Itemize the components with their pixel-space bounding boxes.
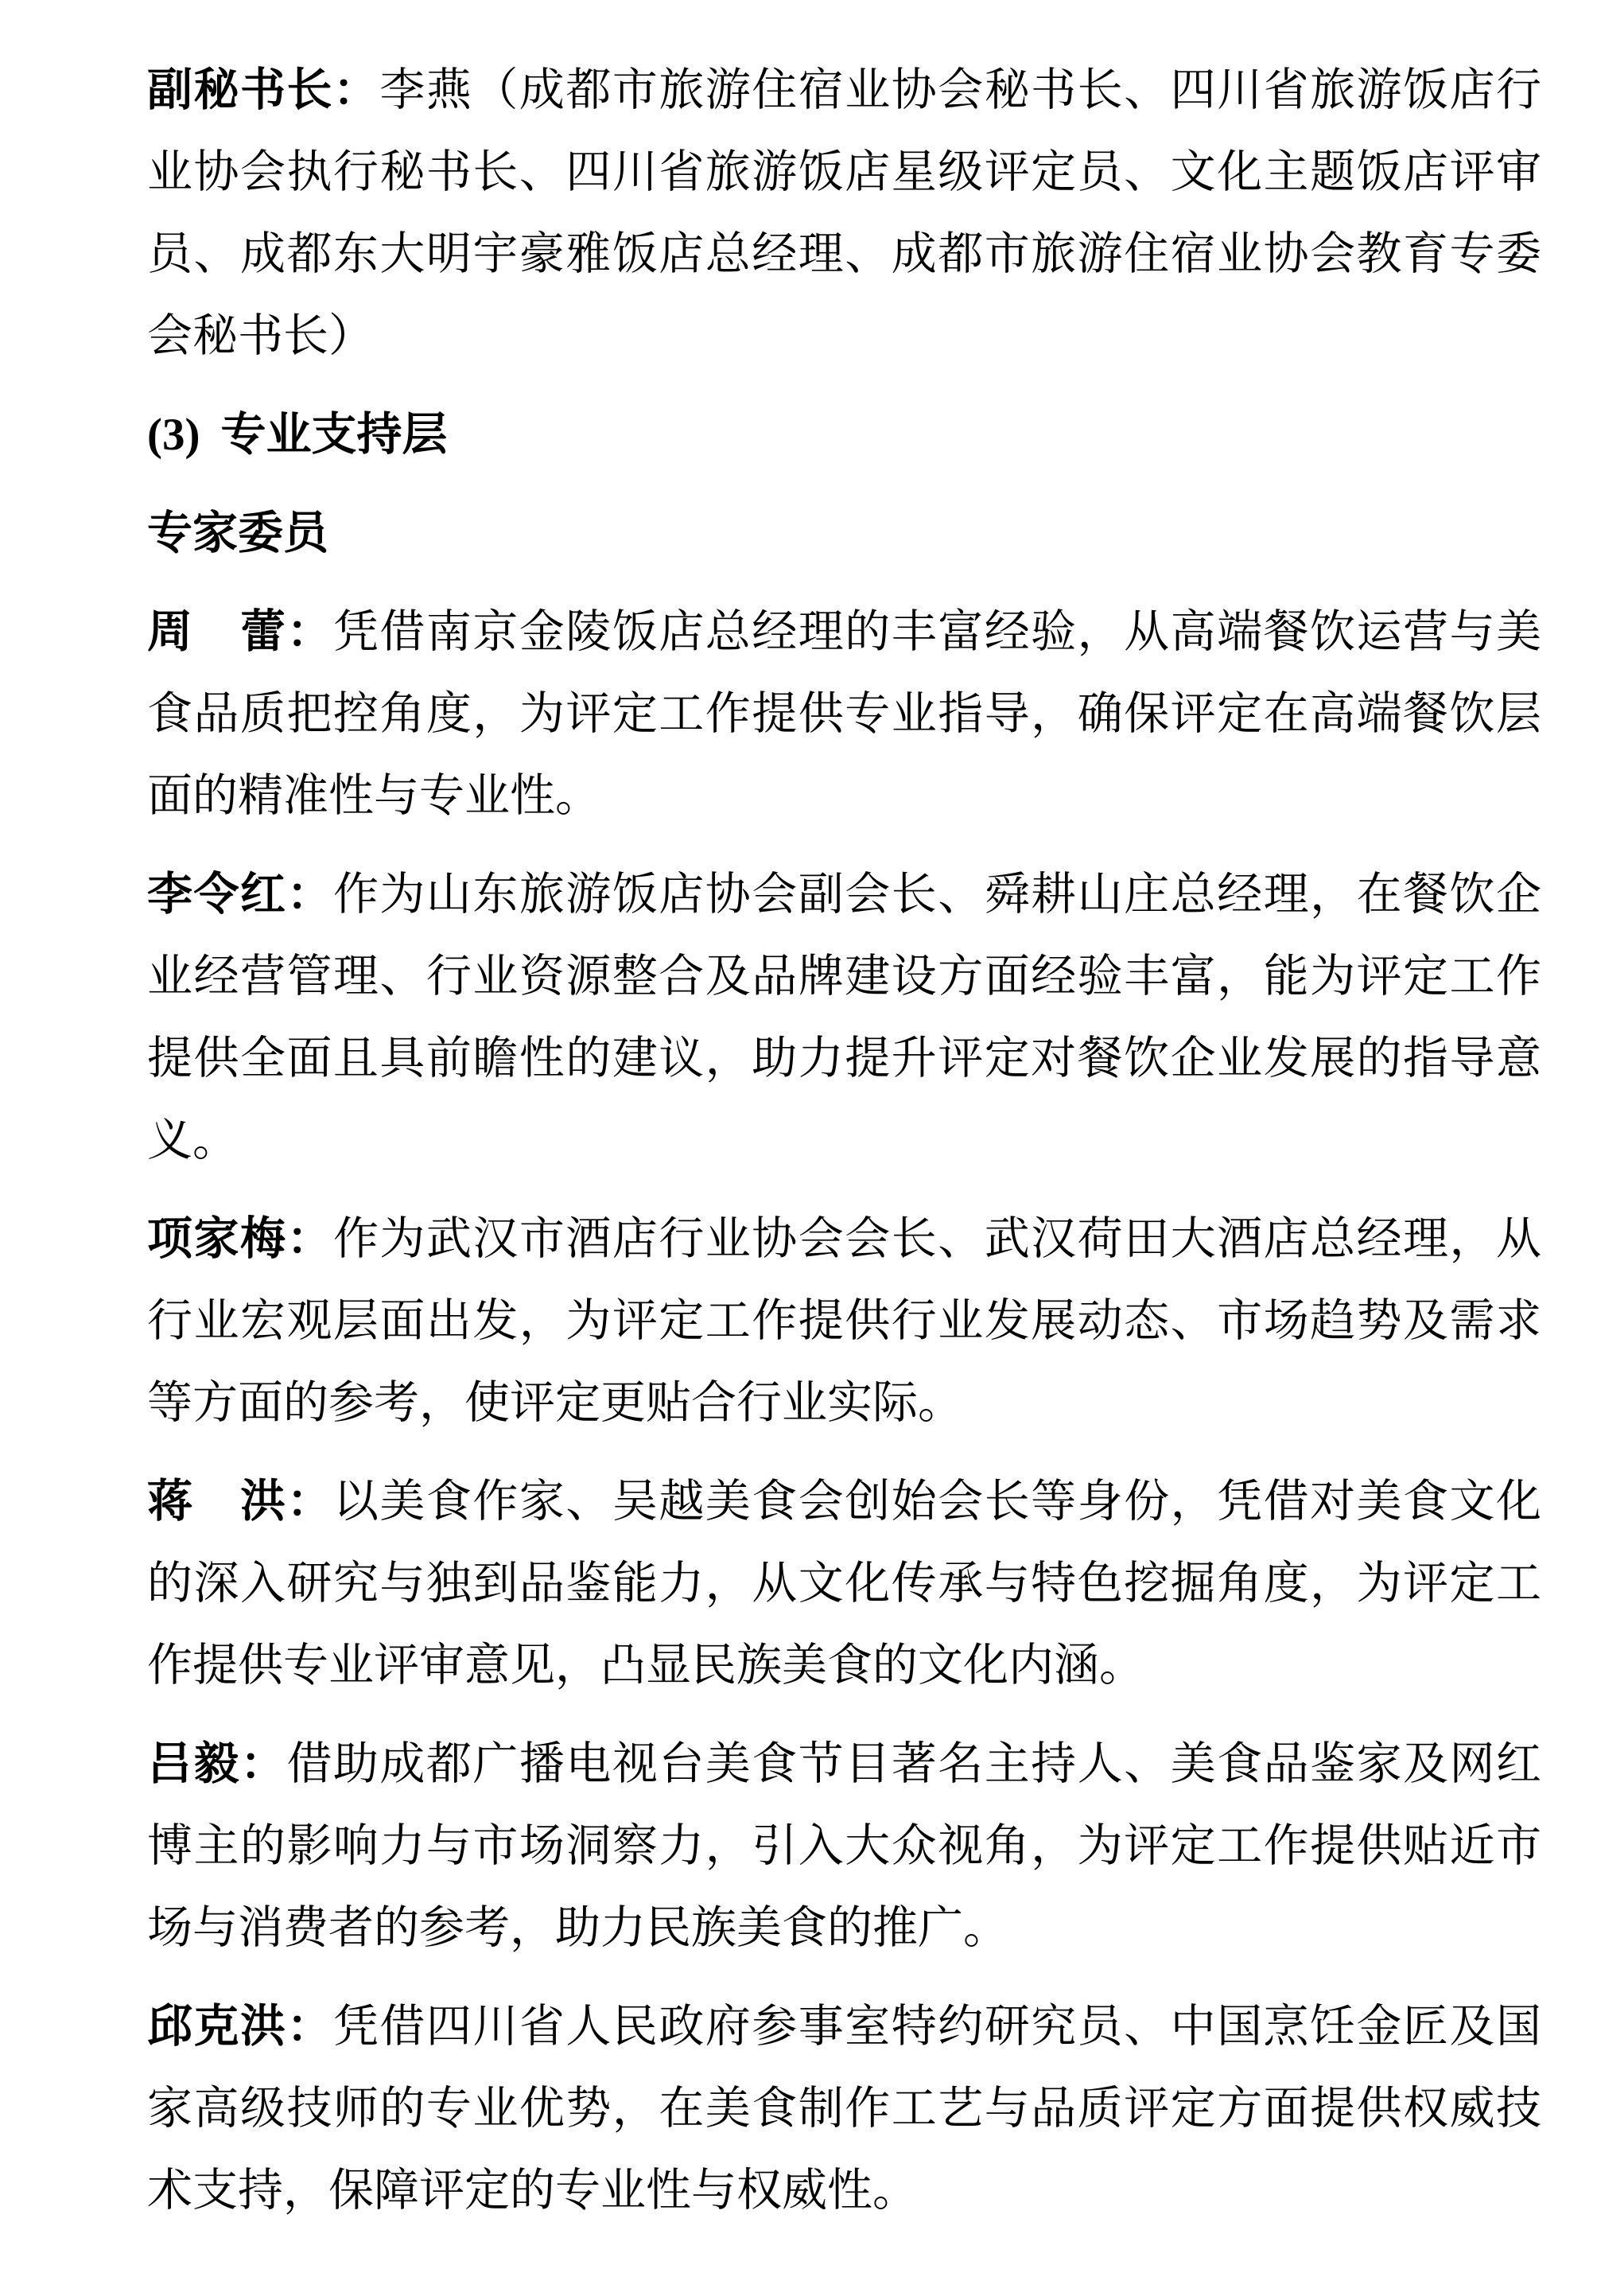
expert-text: 以美食作家、吴越美食会创始会长等身份，凭借对美食文化的深入研究与独到品鉴能力，从… <box>147 1477 1541 1691</box>
expert-text: 凭借四川省人民政府参事室特约研究员、中国烹饪金匠及国家高级技师的专业优势，在美食… <box>147 2002 1541 2216</box>
expert-name: 李令红： <box>147 870 333 920</box>
document-content: 副秘书长：李燕（成都市旅游住宿业协会秘书长、四川省旅游饭店行业协会执行秘书长、四… <box>0 0 1597 2296</box>
subheading-expert-members: 专家委员 <box>147 492 1541 574</box>
deputy-secretary-label: 副秘书长： <box>147 65 379 115</box>
heading-professional-support-layer: (3)专业支持层 <box>147 394 1541 476</box>
expert-name: 邱克洪： <box>147 2002 333 2052</box>
expert-name: 项家梅： <box>147 1214 333 1264</box>
paragraph-expert-lv-yi: 吕毅：借助成都广播电视台美食节目著名主持人、美食品鉴家及网红博主的影响力与市场洞… <box>147 1723 1541 1969</box>
heading-title: 专业支持层 <box>220 410 447 460</box>
subheading-title: 专家委员 <box>147 508 328 558</box>
paragraph-deputy-secretary-general: 副秘书长：李燕（成都市旅游住宿业协会秘书长、四川省旅游饭店行业协会执行秘书长、四… <box>147 49 1541 377</box>
document-page: { "page": { "background_color": "#ffffff… <box>0 0 1597 2296</box>
paragraph-expert-li-linghong: 李令红：作为山东旅游饭店协会副会长、舜耕山庄总经理，在餐饮企业经营管理、行业资源… <box>147 854 1541 1181</box>
expert-name: 蒋 洪： <box>147 1477 333 1527</box>
expert-text: 作为武汉市酒店行业协会会长、武汉荷田大酒店总经理，从行业宏观层面出发，为评定工作… <box>147 1214 1541 1428</box>
heading-number: (3) <box>147 394 200 476</box>
paragraph-expert-xiang-jiamei: 项家梅：作为武汉市酒店行业协会会长、武汉荷田大酒店总经理，从行业宏观层面出发，为… <box>147 1198 1541 1444</box>
expert-name: 吕毅： <box>147 1739 286 1789</box>
expert-name: 周 蕾： <box>147 607 333 657</box>
paragraph-expert-qiu-kehong: 邱克洪：凭借四川省人民政府参事室特约研究员、中国烹饪金匠及国家高级技师的专业优势… <box>147 1986 1541 2232</box>
paragraph-expert-zhou-lei: 周 蕾：凭借南京金陵饭店总经理的丰富经验，从高端餐饮运营与美食品质把控角度，为评… <box>147 591 1541 837</box>
paragraph-expert-jiang-hong: 蒋 洪：以美食作家、吴越美食会创始会长等身份，凭借对美食文化的深入研究与独到品鉴… <box>147 1461 1541 1706</box>
expert-text: 作为山东旅游饭店协会副会长、舜耕山庄总经理，在餐饮企业经营管理、行业资源整合及品… <box>147 870 1541 1166</box>
expert-text: 凭借南京金陵饭店总经理的丰富经验，从高端餐饮运营与美食品质把控角度，为评定工作提… <box>147 607 1541 821</box>
expert-text: 借助成都广播电视台美食节目著名主持人、美食品鉴家及网红博主的影响力与市场洞察力，… <box>147 1739 1541 1953</box>
